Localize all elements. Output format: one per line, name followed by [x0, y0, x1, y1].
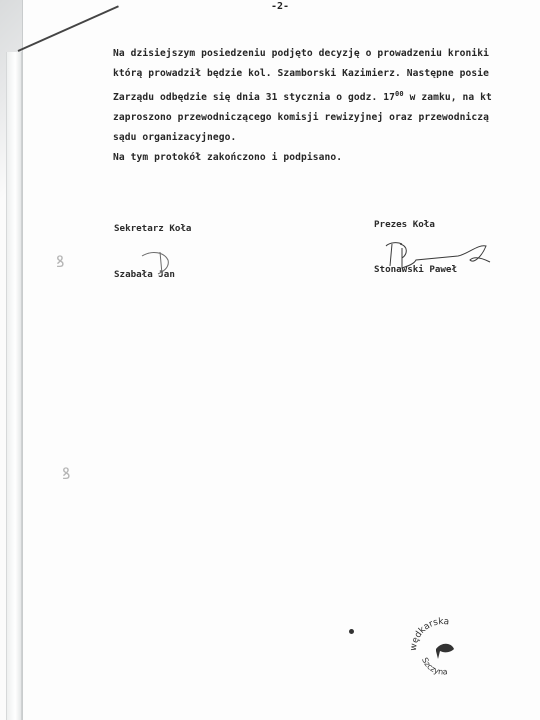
president-signature [378, 236, 494, 272]
ink-dot [349, 629, 354, 634]
fish-icon [436, 644, 454, 659]
text-line-end: w zamku, na kt [404, 92, 492, 103]
binder-edge [6, 52, 22, 720]
faded-mark: ꝸ [62, 462, 70, 484]
text-line: Na tym protokół zakończono i podpisano. [113, 148, 540, 168]
time-superscript: 00 [395, 90, 404, 98]
club-stamp: wędkarska Szczyna [408, 615, 478, 681]
text-line-start: Zarządu odbędzie się dnia 31 stycznia o … [113, 92, 395, 103]
faded-mark: ꝸ [56, 250, 64, 272]
text-line: Na dzisiejszym posiedzeniu podjęto decyz… [113, 44, 540, 64]
stamp-bottom-text: Szczyna [420, 656, 448, 676]
text-line: zaproszono przewodniczącego komisji rewi… [113, 108, 540, 128]
page-number: -2- [271, 1, 289, 12]
text-line: Zarządu odbędzie się dnia 31 stycznia o … [113, 84, 540, 108]
minutes-paragraph: Na dzisiejszym posiedzeniu podjęto decyz… [113, 44, 540, 168]
text-line: którą prowadził będzie kol. Szamborski K… [113, 64, 540, 84]
secretary-title: Sekretarz Koła [114, 223, 191, 234]
president-title: Prezes Koła [374, 219, 435, 230]
svg-text:Szczyna: Szczyna [420, 656, 448, 676]
text-line: sądu organizacyjnego. [113, 128, 540, 148]
secretary-signature [138, 248, 178, 276]
